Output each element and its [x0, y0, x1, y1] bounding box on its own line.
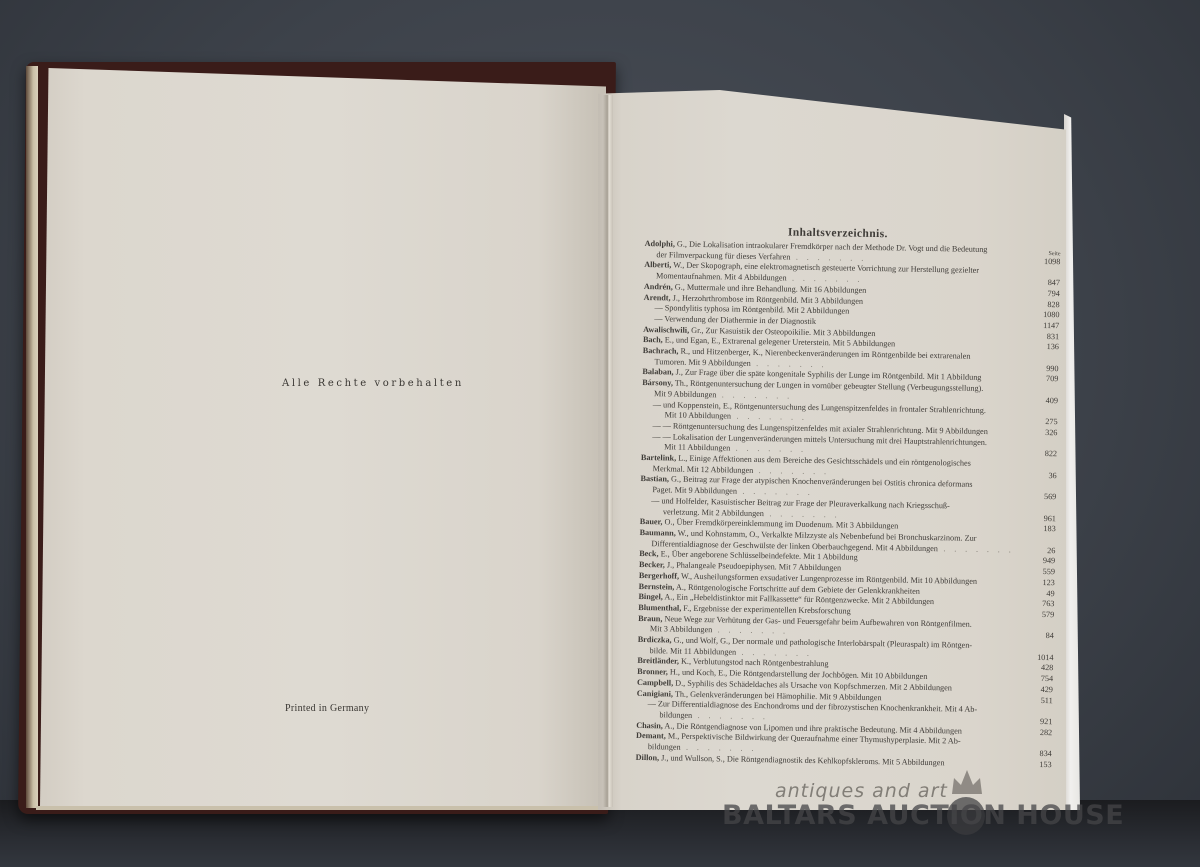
toc-entry-page: 36	[1031, 471, 1057, 482]
toc-entry-page: 834	[1026, 749, 1052, 760]
toc-entry-page: 828	[1034, 299, 1060, 310]
leader-dots: . . . . . . .	[753, 466, 829, 476]
toc-entry-author: Brdiczka,	[638, 635, 672, 645]
toc-entry-page: 1080	[1033, 310, 1059, 321]
leader-dots: . . . . . . .	[692, 711, 768, 721]
toc-entry-author: Bergerhoff,	[639, 571, 679, 581]
toc-entry-page: 183	[1030, 524, 1056, 535]
table-of-contents: Inhaltsverzeichnis. Seite Adolphi, G., D…	[636, 224, 1061, 771]
toc-entry-page: 49	[1029, 588, 1055, 599]
toc-entry-author: Awalischwili,	[643, 325, 689, 335]
toc-entries: Adolphi, G., Die Lokalisation intraokula…	[636, 239, 1061, 771]
leader-dots: . . . . . . .	[764, 509, 840, 519]
toc-entry-page: 429	[1027, 685, 1053, 696]
toc-entry-page: 794	[1034, 289, 1060, 300]
toc-entry-page: 569	[1030, 492, 1056, 503]
leader-dots: . . . . . . .	[790, 252, 866, 262]
toc-entry-page: 84	[1028, 631, 1054, 642]
imprint-notice: Printed in Germany	[285, 703, 369, 714]
toc-entry-page: 847	[1034, 278, 1060, 289]
leader-dots: . . . . . . .	[716, 390, 792, 400]
toc-entry-page: 579	[1028, 610, 1054, 621]
watermark-name: BALTARS AUCTION HOUSE	[722, 800, 1124, 831]
toc-entry-author: Bastian,	[640, 474, 669, 483]
toc-entry-author: Bartelink,	[641, 453, 676, 463]
toc-entry-page: 1147	[1033, 321, 1059, 332]
toc-entry-author: Baumann,	[640, 528, 676, 538]
watermark-tagline: antiques and art	[775, 780, 948, 802]
toc-entry-page: 123	[1029, 578, 1055, 589]
toc-entry-page: 1014	[1027, 652, 1053, 663]
book-gutter	[603, 95, 613, 807]
toc-entry-page: 763	[1028, 599, 1054, 610]
leader-dots: . . . . . . .	[731, 412, 807, 422]
toc-entry-page: 282	[1026, 727, 1052, 738]
toc-entry-author: Becker,	[639, 560, 665, 569]
left-page	[40, 68, 606, 810]
toc-entry-page: 559	[1029, 567, 1055, 578]
toc-entry-page: 990	[1032, 364, 1058, 375]
toc-entry-author: Beck,	[639, 549, 658, 558]
toc-entry-page: 961	[1030, 513, 1056, 524]
leader-dots: . . . . . . .	[712, 626, 788, 636]
toc-entry-author: Demant,	[636, 731, 666, 741]
toc-entry-page: 921	[1026, 717, 1052, 728]
toc-entry-author: Arendt,	[644, 293, 671, 302]
toc-entry-author: Alberti,	[644, 260, 671, 269]
left-page-bottom-edge	[36, 806, 606, 810]
toc-entry-author: Bauer,	[640, 517, 663, 526]
toc-entry-author: Balaban,	[642, 367, 673, 377]
toc-entry-page: 326	[1031, 428, 1057, 439]
toc-entry-page: 428	[1027, 663, 1053, 674]
toc-entry-page: 136	[1033, 342, 1059, 353]
toc-entry-page: 409	[1032, 396, 1058, 407]
toc-entry-page: 275	[1032, 417, 1058, 428]
toc-entry-author: Adolphi,	[645, 239, 675, 249]
toc-entry-title: — Verwendung der Diathermie in der Diagn…	[654, 314, 816, 326]
leader-dots: . . . . . . .	[751, 359, 827, 369]
toc-entry-author: Dillon,	[636, 753, 660, 762]
toc-entry-page: 831	[1033, 331, 1059, 342]
leader-dots: . . . . . . .	[730, 444, 806, 454]
leader-dots: . . . . . . .	[681, 743, 757, 753]
toc-entry-title: K., Verblutungstod nach Röntgenbestrahlu…	[679, 657, 829, 669]
toc-entry-page: 949	[1029, 556, 1055, 567]
toc-entry-author: Bach,	[643, 335, 663, 344]
toc-entry-author: Chasin,	[636, 721, 663, 730]
toc-entry-page: 754	[1027, 674, 1053, 685]
toc-entry-author: Campbell,	[637, 678, 673, 688]
page-block-edge	[26, 66, 38, 808]
toc-entry-author: Blumenthal,	[638, 603, 681, 613]
toc-entry-author: Bronner,	[637, 667, 668, 677]
toc-entry-page: 709	[1032, 374, 1058, 385]
toc-entry-author: Bingel,	[638, 592, 662, 601]
rights-notice: Alle Rechte vorbehalten	[282, 378, 464, 389]
toc-entry-page: 26	[1029, 545, 1055, 556]
right-page-stack	[1064, 114, 1080, 810]
toc-entry-page: 153	[1026, 759, 1052, 770]
leader-dots: . . . . . . .	[736, 647, 812, 657]
toc-entry-page: 1098	[1034, 257, 1060, 268]
toc-entry-page: 511	[1027, 695, 1053, 706]
toc-entry-author: Bachrach,	[643, 346, 679, 356]
toc-entry-author: Bernstein,	[639, 581, 675, 591]
toc-entry-author: Bársony,	[642, 378, 673, 388]
toc-entry-page: 822	[1031, 449, 1057, 460]
toc-entry-author: Andrén,	[644, 282, 673, 292]
crown-icon	[950, 770, 984, 796]
leader-dots: . . . . . . .	[787, 274, 863, 284]
toc-entry-author: Canigiani,	[637, 688, 673, 698]
toc-entry-author: Braun,	[638, 614, 662, 623]
leader-dots: . . . . . . .	[938, 544, 1014, 554]
leader-dots: . . . . . . .	[737, 487, 813, 497]
toc-entry-author: Breitländer,	[637, 656, 679, 666]
